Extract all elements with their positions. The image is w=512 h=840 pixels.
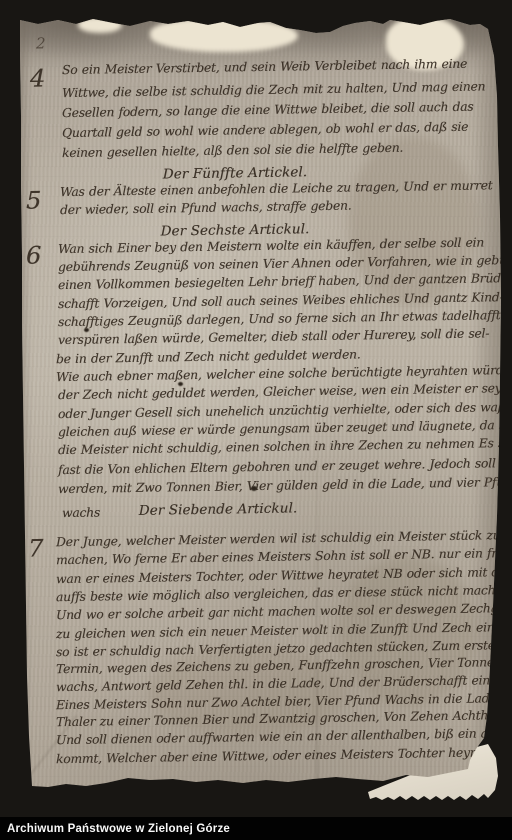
article-heading-6: Der Sechste Artickul. — [130, 221, 340, 240]
manuscript-line: keinen gesellen hielte, alß den sol sie … — [62, 141, 403, 160]
page-number: 2 — [36, 34, 46, 52]
manuscript-line: machen, Wo ferne Er aber eines Meisters … — [56, 546, 512, 568]
manuscript-page: 2 4 So ein Meister Verstirbet, und sein … — [18, 16, 502, 797]
manuscript-line: wan er eines Meisters Tochter, oder Witt… — [56, 564, 512, 586]
article-number-6: 6 — [26, 243, 41, 267]
article-number-4: 4 — [30, 66, 45, 90]
manuscript-line: Was der Älteste einen anbefohlen die Lei… — [60, 178, 492, 199]
manuscript-line: auffs beste wie möglich also vergleichen… — [56, 582, 512, 604]
manuscript-line: schafftiges Zeugnüß darlegen, Und so fer… — [58, 308, 512, 329]
manuscript-line: Quartall geld so wohl wie andere ablegen… — [62, 120, 468, 140]
archive-watermark-bar: Archiwum Państwowe w Zielonej Górze — [0, 817, 512, 840]
manuscript-line: oder Junger Gesell sich unehelich unzüch… — [58, 400, 512, 421]
article-number-7: 7 — [28, 536, 43, 560]
manuscript-line: kommt, Welcher aber eine Wittwe, oder ei… — [56, 744, 512, 766]
manuscript-line: die Meister nicht schuldig, einen solche… — [58, 436, 512, 458]
manuscript-line: Wan sich Einer bey den Meistern wolte ei… — [58, 235, 484, 256]
manuscript-line: der wieder, soll ein Pfund wachs, straff… — [60, 199, 351, 218]
manuscript-text: 2 4 So ein Meister Verstirbet, und sein … — [18, 9, 502, 798]
archive-scan-view: 2 4 So ein Meister Verstirbet, und sein … — [0, 0, 512, 840]
manuscript-line: Wittwe, die selbe ist schuldig die Zech … — [62, 79, 485, 100]
manuscript-line: einen Vollkommen besiegelten Lehr brieff… — [58, 271, 512, 292]
manuscript-line: Und soll dienen oder auffwarten wie ein … — [56, 726, 503, 747]
manuscript-line: fast die Von ehlichen Eltern gebohren un… — [58, 455, 512, 477]
manuscript-line: schafft Vorzeigen, Und soll auch seines … — [58, 290, 503, 311]
manuscript-line: be in der Zunfft und Zech nicht geduldet… — [56, 347, 361, 366]
manuscript-line: gleichen auß wiese er würde genungsam üb… — [58, 418, 512, 439]
manuscript-line: zu gleichen wen sich ein neuer Meister w… — [56, 620, 512, 642]
manuscript-line: Gesellen fodern, so lange die eine Wittw… — [62, 100, 473, 120]
manuscript-line: der Zech nicht geduldet werden, Gleicher… — [58, 380, 512, 402]
manuscript-line: werden, mit Zwo Tonnen Bier, Vier gülden… — [58, 475, 512, 496]
article-heading-7: Der Siebende Artickul. — [113, 500, 323, 519]
manuscript-line: Und wo er solche arbeit gar nicht machen… — [56, 601, 512, 622]
manuscript-line: wachs, Antwort geld Zehen thl. in die La… — [56, 672, 512, 694]
manuscript-line: Der Junge, welcher Meister werden wil is… — [56, 528, 500, 549]
manuscript-line: gebührends Zeugnüß von seinen Vier Ahnen… — [58, 253, 512, 274]
manuscript-hanging-word: wachs — [62, 505, 100, 520]
manuscript-line: Wie auch ebner maßen, welcher eine solch… — [56, 362, 512, 384]
manuscript-line: So ein Meister Verstirbet, und sein Weib… — [62, 57, 467, 77]
archive-watermark-label: Archiwum Państwowe w Zielonej Górze — [7, 823, 230, 835]
article-number-5: 5 — [26, 188, 41, 212]
article-heading-5: Der Fünffte Artickel. — [130, 164, 340, 183]
manuscript-line: verspüren laßen würde, Gemelter, dieb st… — [58, 326, 489, 347]
